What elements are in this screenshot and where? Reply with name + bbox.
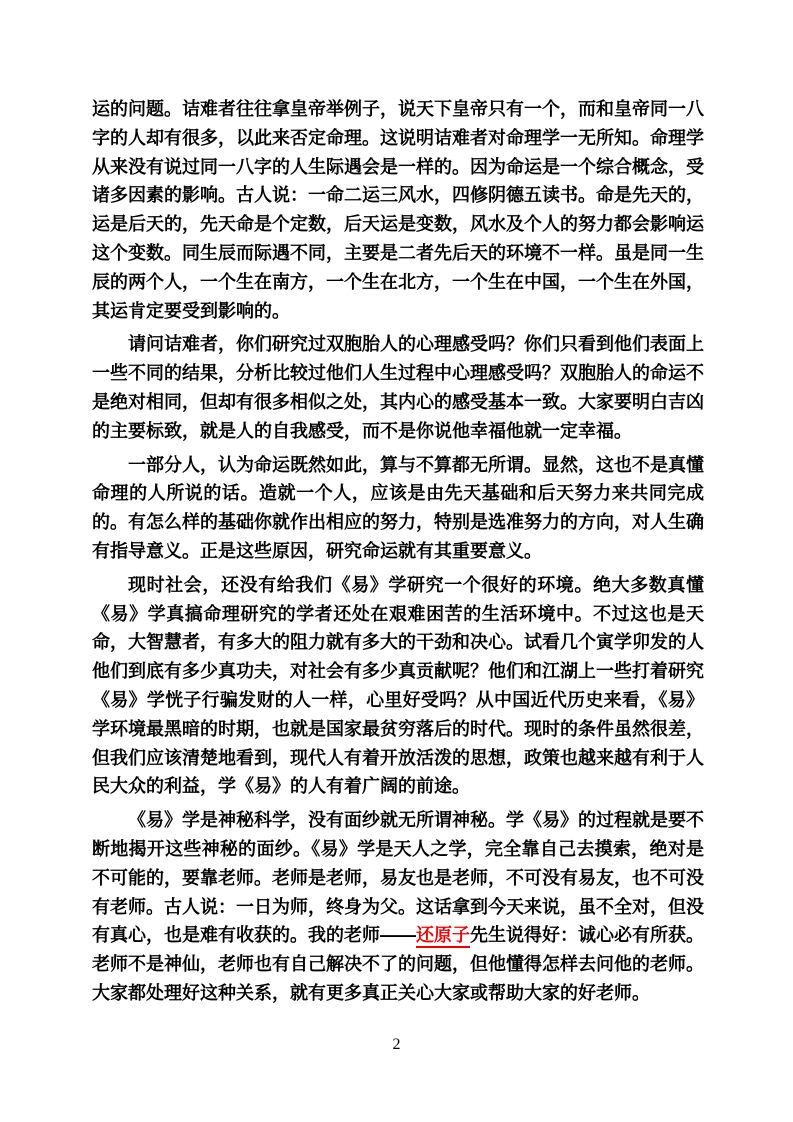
body-text: 运的问题。诘难者往往拿皇帝举例子，说天下皇帝只有一个，而和皇帝同一八字的人却有很… [92,95,704,1008]
document-page: 运的问题。诘难者往往拿皇帝举例子，说天下皇帝只有一个，而和皇帝同一八字的人却有很… [0,0,793,1122]
teacher-name-highlight: 还原子 [416,925,470,948]
paragraph-2: 请问诘难者，你们研究过双胞胎人的心理感受吗？你们只看到他们表面上一些不同的结果，… [92,330,704,445]
paragraph-5: 《易》学是神秘科学，没有面纱就无所谓神秘。学《易》的过程就是要不断地揭开这些神秘… [92,806,704,1008]
paragraph-3: 一部分人，认为命运既然如此，算与不算都无所谓。显然，这也不是真懂命理的人所说的话… [92,451,704,566]
page-number: 2 [0,1036,793,1054]
paragraph-1: 运的问题。诘难者往往拿皇帝举例子，说天下皇帝只有一个，而和皇帝同一八字的人却有很… [92,95,704,325]
paragraph-4: 现时社会，还没有给我们《易》学研究一个很好的环境。绝大多数真懂《易》学真搞命理研… [92,571,704,801]
